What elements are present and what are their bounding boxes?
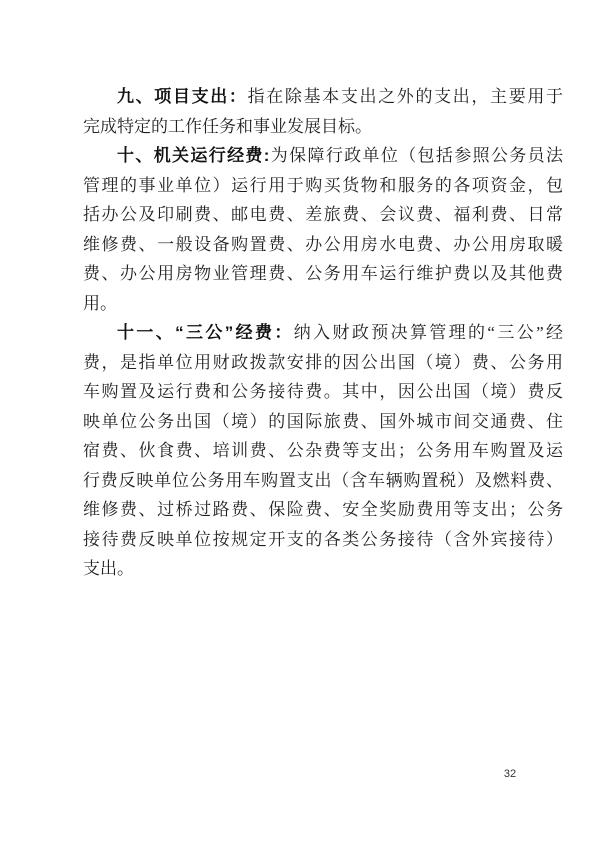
line-text: 指在除基本支出之外的支出，主要用于 <box>248 87 563 106</box>
line-text: 为保障行政单位（包括参照公务员法 <box>269 146 563 165</box>
line-text: 完成特定的工作任务和事业发展目标。 <box>83 117 372 136</box>
text-line: 括办公及印刷费、邮电费、差旅费、会议费、福利费、日常 <box>83 200 563 230</box>
text-line: 行费反映单位公务用车购置支出（含车辆购置税）及燃料费、 <box>83 466 563 496</box>
document-page: 九、项目支出：指在除基本支出之外的支出，主要用于 完成特定的工作任务和事业发展目… <box>0 0 600 848</box>
text-line: 映单位公务出国（境）的国际旅费、国外城市间交通费、住 <box>83 407 563 437</box>
line-text: 宿费、伙食费、培训费、公杂费等支出；公务用车购置及运 <box>83 441 563 460</box>
line-text: 维修费、一般设备购置费、办公用房水电费、办公用房取暖 <box>83 235 563 254</box>
text-line: 十、机关运行经费:为保障行政单位（包括参照公务员法 <box>83 141 563 171</box>
text-line: 费、办公用房物业管理费、公务用车运行维护费以及其他费 <box>83 259 563 289</box>
line-text: 费、办公用房物业管理费、公务用车运行维护费以及其他费 <box>83 264 563 283</box>
text-line: 维修费、一般设备购置费、办公用房水电费、办公用房取暖 <box>83 230 563 260</box>
text-line: 用。 <box>83 289 563 319</box>
line-text: 维修费、过桥过路费、保险费、安全奖励费用等支出；公务 <box>83 500 563 519</box>
text-line: 车购置及运行费和公务接待费。其中，因公出国（境）费反 <box>83 377 563 407</box>
text-line: 完成特定的工作任务和事业发展目标。 <box>83 112 563 142</box>
line-text: 纳入财政预决算管理的“三公”经 <box>294 323 563 342</box>
section-10-heading: 十、机关运行经费: <box>117 146 269 165</box>
text-line: 十一、“三公”经费：纳入财政预决算管理的“三公”经 <box>83 318 563 348</box>
line-text: 用。 <box>83 294 117 313</box>
text-line: 管理的事业单位）运行用于购买货物和服务的各项资金，包 <box>83 171 563 201</box>
line-text: 车购置及运行费和公务接待费。其中，因公出国（境）费反 <box>83 382 563 401</box>
section-9-heading: 九、项目支出： <box>117 87 248 106</box>
line-text: 接待费反映单位按规定开支的各类公务接待（含外宾接待） <box>83 530 563 549</box>
text-line: 宿费、伙食费、培训费、公杂费等支出；公务用车购置及运 <box>83 436 563 466</box>
line-text: 费，是指单位用财政拨款安排的因公出国（境）费、公务用 <box>83 353 563 372</box>
line-text: 括办公及印刷费、邮电费、差旅费、会议费、福利费、日常 <box>83 205 563 224</box>
text-line: 接待费反映单位按规定开支的各类公务接待（含外宾接待） <box>83 525 563 555</box>
page-number: 32 <box>498 768 522 780</box>
text-line: 维修费、过桥过路费、保险费、安全奖励费用等支出；公务 <box>83 495 563 525</box>
text-line: 支出。 <box>83 554 563 584</box>
text-line: 九、项目支出：指在除基本支出之外的支出，主要用于 <box>83 82 563 112</box>
line-text: 映单位公务出国（境）的国际旅费、国外城市间交通费、住 <box>83 412 563 431</box>
line-text: 管理的事业单位）运行用于购买货物和服务的各项资金，包 <box>83 176 563 195</box>
text-line: 费，是指单位用财政拨款安排的因公出国（境）费、公务用 <box>83 348 563 378</box>
document-body: 九、项目支出：指在除基本支出之外的支出，主要用于 完成特定的工作任务和事业发展目… <box>83 82 563 584</box>
section-11-heading: 十一、“三公”经费： <box>117 323 294 342</box>
line-text: 支出。 <box>83 559 134 578</box>
line-text: 行费反映单位公务用车购置支出（含车辆购置税）及燃料费、 <box>83 471 563 490</box>
